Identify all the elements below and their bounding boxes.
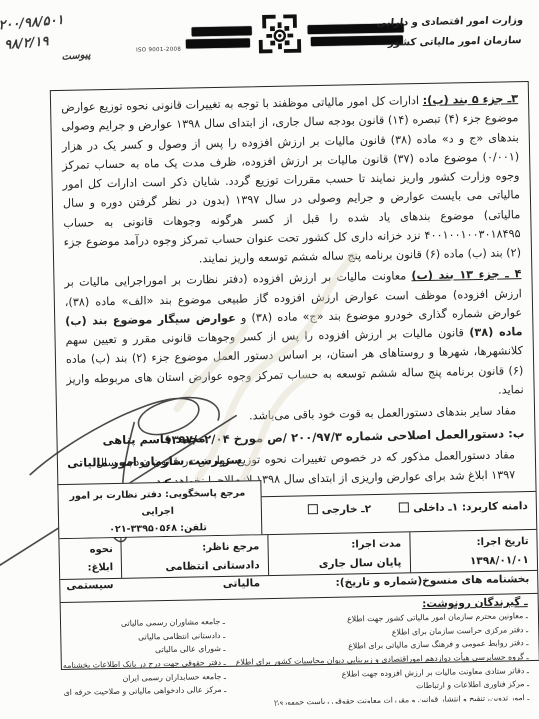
execution-date-value: ۱۳۹۸/۰۱/۰۱ (414, 551, 529, 572)
duration-cell: مدت اجرا: پایان سال جاری (268, 532, 411, 575)
redaction-bars-left (186, 24, 252, 49)
notification-value: سیستمی (64, 576, 114, 595)
scope-internal-label: دامنه کاربرد: ۱ـ داخلی (413, 500, 528, 514)
duration-label: مدت اجرا: (272, 536, 401, 556)
supervisor-label: مرجع ناظر: (126, 538, 260, 558)
list-item: ـ مرکز عالی دادخواهی مالیاتی و صلاحیت حر… (61, 683, 227, 700)
letterhead-titles: وزارت امور اقتصادی و دارایی سازمان امور … (374, 11, 524, 54)
document-frame: ۳ـ جزء ۵ بند (ب): ادارات کل امور مالیاتی… (50, 81, 539, 670)
recipients-list-left: ـ جامعه مشاوران رسمی مالیاتیـ دادستانی ا… (61, 615, 227, 700)
execution-date-cell: تاریخ اجرا: ۱۳۹۸/۰۱/۰۱ (410, 530, 537, 572)
scan-content: ۲۰۰/۹۸/۵۰۱ ۹۸/۲/۱۹ پیوست ISO 9001-2008 (0, 0, 539, 719)
recipients-row: ـ گیرندگان رونوشت: ـ معاونین محترم سازما… (61, 593, 539, 709)
paragraph-3-lead: ۳ـ جزء ۵ بند (ب): (423, 92, 519, 107)
tax-organization-emblem-icon (256, 12, 303, 59)
paragraph-4-lead: ۴ ـ جزء ۱۳ بند (ب) (411, 268, 521, 283)
execution-date-label: تاریخ اجرا: (414, 533, 529, 553)
organization-name: سازمان امور مالیاتی کشور (374, 31, 522, 54)
duration-value: پایان سال جاری (273, 553, 402, 574)
notification-label: نحوه ابلاغ: (63, 541, 113, 577)
scanned-document-page: { "colors": { "ink": "#1f1f1f", "paper":… (0, 0, 539, 719)
scope-cell: دامنه کاربرد: ۱ـ داخلی۲ـ خارجی (261, 492, 536, 534)
paragraph-3: ۳ـ جزء ۵ بند (ب): ادارات کل امور مالیاتی… (61, 89, 521, 271)
recipients-column-left: ـ جامعه مشاوران رسمی مالیاتیـ دادستانی ا… (61, 600, 233, 709)
letterhead: ISO 9001-2008 (135, 10, 404, 61)
supervisor-cell: مرجع ناظر: دادستانی انتظامی مالیاتی (122, 535, 269, 578)
contact-cell: مرجع پاسخگویی: دفتر نظارت بر امور اجرایی… (57, 480, 262, 538)
recipients-list-right: ـ معاونین محترم سازمان امور مالیاتی کشور… (235, 609, 530, 709)
checkbox-external (308, 504, 318, 514)
paragraph-4-text2: قانون مالیات بر ارزش افزوده را پس از کسر… (65, 326, 523, 396)
paragraph-4: ۴ ـ جزء ۱۳ بند (ب) معاونت مالیات بر ارزش… (64, 265, 524, 409)
page-number: ۲ (274, 699, 279, 709)
scope-external-label: ۲ـ خارجی (322, 503, 372, 516)
iso-certification-label: ISO 9001-2008 (136, 47, 181, 54)
paragraph-3-text: ادارات کل امور مالیاتی موظفند با توجه به… (61, 94, 521, 265)
notification-cell: نحوه ابلاغ: سیستمی (59, 538, 122, 579)
recipients-column-right: ـ گیرندگان رونوشت: ـ معاونین محترم سازما… (231, 594, 539, 706)
metadata-table: دامنه کاربرد: ۱ـ داخلی۲ـ خارجی مرجع پاسخ… (59, 491, 539, 669)
handwritten-registration-stamp: ۲۰۰/۹۸/۵۰۱ ۹۸/۲/۱۹ پیوست (0, 3, 152, 70)
supervisor-value: دادستانی انتظامی مالیاتی (126, 556, 260, 595)
checkbox-internal (399, 502, 409, 512)
contact-office: مرجع پاسخگویی: دفتر نظارت بر امور اجرایی (62, 484, 252, 522)
